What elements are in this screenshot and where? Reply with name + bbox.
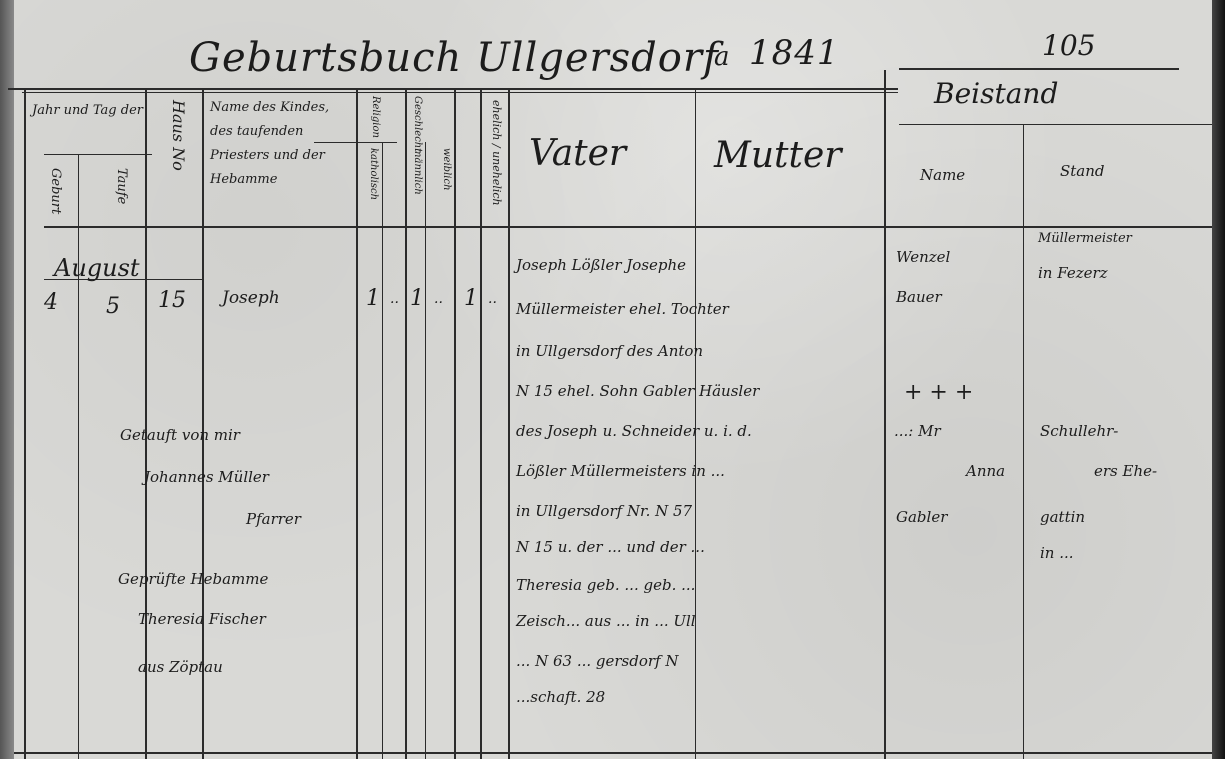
parents-line-9: Theresia geb. ... geb. ... xyxy=(516,578,695,593)
entry-mark-male: 1 xyxy=(410,288,424,310)
header-mother: Mutter xyxy=(714,138,842,174)
sponsor-status-line-6: in ... xyxy=(1040,546,1074,561)
baptism-note-line-5: Theresia Fischer xyxy=(138,612,266,627)
page-number: 105 xyxy=(1042,32,1095,60)
header-baptism: Taufe xyxy=(115,168,128,204)
sponsor-status-line-5: gattin xyxy=(1040,510,1085,525)
header-top-rule xyxy=(8,88,898,90)
baptism-note-line-6: aus Zöptau xyxy=(138,660,223,675)
sponsor-crosses: + + + xyxy=(904,382,973,404)
col-line-6 xyxy=(405,90,407,759)
entry-mark-catholic: 1 xyxy=(366,288,380,310)
parents-line-6: Lößler Müllermeisters in ... xyxy=(516,464,725,479)
header-sponsor-status: Stand xyxy=(1060,164,1105,179)
sponsor-name-line-2: Bauer xyxy=(896,290,942,305)
entry-birth-day: 4 xyxy=(44,292,58,314)
sponsor-name-line-4: ...: Mr xyxy=(894,424,941,439)
sponsor-status-line-1: Müllermeister xyxy=(1038,232,1132,245)
col-line-10 xyxy=(508,90,510,759)
entry-mark-legitimate: 1 xyxy=(464,288,478,310)
col-line-5 xyxy=(382,142,383,759)
baptism-note-line-3: Pfarrer xyxy=(246,512,301,527)
baptism-note-line-2: Johannes Müller xyxy=(144,470,269,485)
header-top-rule-2 xyxy=(22,92,898,93)
entry-mark-ditto-3: .. xyxy=(488,292,497,306)
baptism-note-line-4: Geprüfte Hebamme xyxy=(118,572,268,587)
parents-line-12: ...schaft. 28 xyxy=(516,690,605,705)
parents-line-3: in Ullgersdorf des Anton xyxy=(516,344,703,359)
parents-line-2: Müllermeister ehel. Tochter xyxy=(516,302,729,317)
header-child-name: Name des Kindes, des taufenden Priesters… xyxy=(210,96,350,192)
col-line-sponsor xyxy=(884,70,886,759)
sponsor-status-line-4: ers Ehe- xyxy=(1094,464,1157,479)
document-title: Geburtsbuch Ullgersdorf xyxy=(189,38,719,78)
sponsor-name-line-5: Anna xyxy=(966,464,1005,479)
entry-baptism-day: 5 xyxy=(106,296,120,318)
parents-line-11: ... N 63 ... gersdorf N xyxy=(516,654,679,669)
col-line-4 xyxy=(356,90,358,759)
entry-mark-ditto-2: .. xyxy=(434,292,443,306)
parents-line-4: N 15 ehel. Sohn Gabler Häusler xyxy=(516,384,759,399)
document-year: 1841 xyxy=(749,36,840,70)
sponsor-name-line-1: Wenzel xyxy=(896,250,950,265)
header-father: Vater xyxy=(529,136,626,172)
parents-line-5: des Joseph u. Schneider u. i. d. xyxy=(516,424,752,439)
sponsor-sub-rule xyxy=(899,124,1212,125)
header-sex: Geschlecht xyxy=(412,96,422,152)
col-line-1 xyxy=(78,154,79,759)
col-line-8 xyxy=(454,90,456,759)
register-page: Geburtsbuch Ullgersdorf a 1841 105 Jahr … xyxy=(14,0,1212,759)
entry-child-name: Joseph xyxy=(222,290,280,307)
year-prefix: a xyxy=(714,44,731,70)
date-group-rule xyxy=(44,154,152,155)
parents-line-10: Zeisch... aus ... in ... Ull xyxy=(516,614,696,629)
header-female: weiblich xyxy=(441,148,451,191)
header-birth: Geburt xyxy=(49,168,62,214)
col-line-0 xyxy=(24,90,26,759)
sponsor-status-line-3: Schullehr- xyxy=(1040,424,1118,439)
header-sponsor-name: Name xyxy=(920,168,965,183)
header-bottom-rule xyxy=(44,226,1212,228)
col-line-7 xyxy=(425,142,426,759)
parents-line-8: N 15 u. der ... und der ... xyxy=(516,540,705,555)
page-gutter-shadow xyxy=(0,0,14,759)
header-sponsors: Beistand xyxy=(934,80,1058,108)
page-right-edge xyxy=(1212,0,1225,759)
header-legitimacy: ehelich / unehelich xyxy=(491,100,502,206)
header-catholic: katholisch xyxy=(368,148,378,200)
entry-month: August xyxy=(54,256,140,280)
entry-house-number: 15 xyxy=(158,290,186,312)
header-religion: Religion xyxy=(370,96,380,138)
col-line-sponsor-split xyxy=(1023,124,1024,759)
header-house-number: Haus No xyxy=(170,100,186,171)
parents-line-1: Joseph Lößler Josephe xyxy=(516,258,686,273)
sponsor-top-rule xyxy=(899,68,1179,70)
baptism-note-line-1: Getauft von mir xyxy=(120,428,240,443)
page-bottom-rule xyxy=(14,752,1212,754)
parents-line-7: in Ullgersdorf Nr. N 57 xyxy=(516,504,692,519)
sponsor-status-line-2: in Fezerz xyxy=(1038,266,1108,281)
header-male: männlich xyxy=(412,148,422,195)
header-date-group: Jahr und Tag der xyxy=(32,104,143,117)
entry-mark-ditto-1: .. xyxy=(390,292,399,306)
sponsor-name-line-6: Gabler xyxy=(896,510,947,525)
col-line-9 xyxy=(480,90,482,759)
